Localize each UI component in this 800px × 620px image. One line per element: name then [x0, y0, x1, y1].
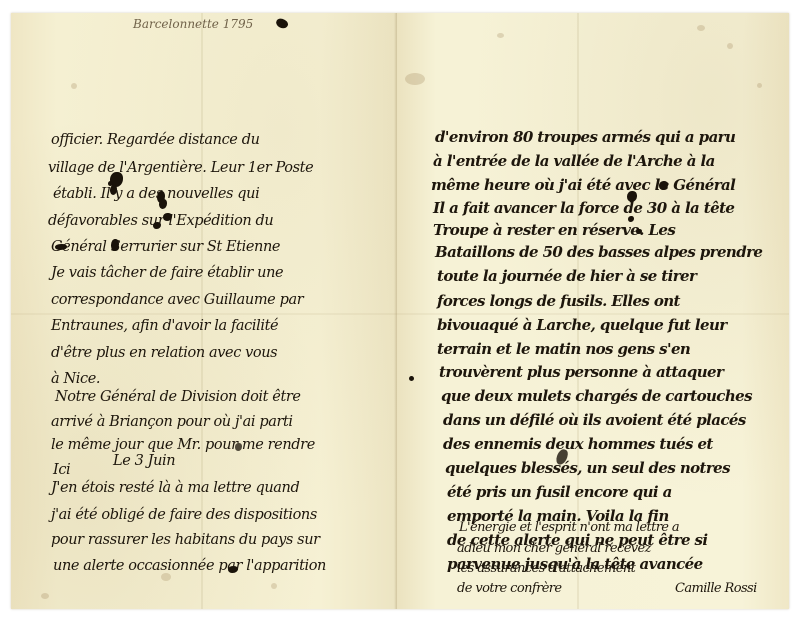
handwritten-line: que deux mulets chargés de cartouches — [441, 387, 752, 405]
handwritten-line: J'en étois resté là à ma lettre quand — [51, 480, 299, 496]
handwritten-line: village de l'Argentière. Leur 1er Poste — [48, 160, 313, 176]
closing-line: de votre confrère — [457, 581, 562, 596]
handwritten-line: établi. Il y a des nouvelles qui — [53, 186, 259, 202]
ink-blot — [275, 17, 290, 31]
handwritten-line: d'environ 80 troupes armés qui a paru — [435, 128, 735, 146]
left-page: Barcelonnette 1795 officier. Regardée di… — [11, 13, 397, 609]
foxing-spot — [161, 573, 171, 581]
paper-crease — [11, 313, 397, 315]
handwritten-line: défavorables sur l'Expédition du — [48, 213, 273, 229]
foxing-spot — [271, 583, 277, 589]
handwritten-line: été pris un fusil encore qui a — [447, 483, 672, 501]
handwritten-line: arrivé à Briançon pour où j'ai parti — [51, 414, 293, 430]
foxing-spot — [697, 25, 705, 31]
handwritten-line: à Nice. — [51, 371, 100, 387]
handwritten-line: Je vais tâcher de faire établir une — [51, 265, 283, 281]
header-annotation: Barcelonnette 1795 — [133, 17, 253, 31]
handwritten-line: à l'entrée de la vallée de l'Arche à la — [433, 152, 715, 170]
letter-photograph: Barcelonnette 1795 officier. Regardée di… — [0, 0, 800, 620]
right-page: d'environ 80 troupes armés qui a paru à … — [397, 13, 789, 609]
handwritten-line: Notre Général de Division doit être — [55, 389, 301, 405]
margin-mark — [409, 376, 414, 381]
handwritten-line: toute la journée de hier à se tirer — [437, 267, 696, 285]
foxing-spot — [41, 593, 49, 599]
handwritten-line: pour rassurer les habitans du pays sur — [51, 532, 320, 548]
foxing-spot — [757, 83, 762, 88]
handwritten-line: le même jour que Mr. pour me rendre — [51, 437, 315, 453]
handwritten-line: correspondance avec Guillaume par — [51, 292, 303, 308]
handwritten-line: trouvèrent plus personne à attaquer — [439, 363, 723, 381]
handwritten-line: une alerte occasionnée par l'apparition — [53, 558, 326, 574]
handwritten-line: j'ai été obligé de faire des disposition… — [51, 507, 317, 523]
handwritten-line: officier. Regardée distance du — [51, 132, 260, 148]
handwritten-line: bivouaqué à Larche, quelque fut leur — [437, 316, 727, 334]
date-line: Le 3 Juin — [113, 453, 175, 469]
foxing-spot — [405, 73, 425, 85]
closing-line: adieu mon cher général recevez — [457, 541, 651, 556]
handwritten-line: Il a fait avancer la force de 30 à la tê… — [433, 199, 734, 217]
handwritten-line: Entraunes, afin d'avoir la facilité — [51, 318, 278, 334]
handwritten-line: quelques blessés, un seul des notres — [445, 459, 730, 477]
handwritten-line: des ennemis deux hommes tués et — [443, 435, 713, 453]
handwritten-line: terrain et le matin nos gens s'en — [437, 340, 690, 358]
closing-line: les assurances d'attachement — [457, 561, 635, 576]
handwritten-line: même heure où j'ai été avec le Général — [431, 176, 735, 194]
closing-line: L'énergie et l'esprit n'ont ma lettre a — [459, 520, 679, 535]
manuscript-sheet: Barcelonnette 1795 officier. Regardée di… — [11, 13, 789, 609]
foxing-spot — [727, 43, 733, 49]
foxing-spot — [71, 83, 77, 89]
foxing-spot — [497, 33, 504, 38]
signature: Camille Rossi — [675, 581, 757, 596]
handwritten-line: dans un défilé où ils avoient été placés — [443, 411, 746, 429]
paper-crease — [397, 313, 789, 315]
handwritten-line: Bataillons de 50 des basses alpes prendr… — [435, 243, 762, 261]
handwritten-line: Général Serrurier sur St Etienne — [51, 239, 280, 255]
handwritten-line: forces longs de fusils. Elles ont — [437, 292, 680, 310]
ink-blot — [159, 199, 167, 209]
handwritten-line: d'être plus en relation avec vous — [51, 345, 277, 361]
handwritten-line: Ici — [53, 462, 70, 478]
